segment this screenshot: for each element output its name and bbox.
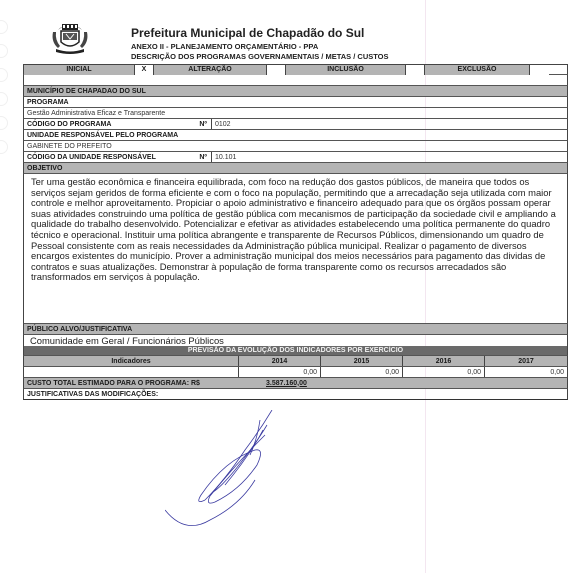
operation-type-row: INICIAL X ALTERAÇÃO INCLUSÃO EXCLUSÃO [23, 64, 568, 75]
indicators-column-header-row: Indicadores 2014 2015 2016 2017 [23, 356, 568, 367]
justificativas-label: JUSTIFICATIVAS DAS MODIFICAÇÕES: [24, 391, 158, 398]
program-form: INICIAL X ALTERAÇÃO INCLUSÃO EXCLUSÃO MU… [23, 64, 568, 400]
col-2015: 2015 [320, 356, 402, 366]
mode-checkbox-exclusao[interactable] [529, 65, 549, 75]
codigo-unidade-value: 10.101 [211, 152, 567, 162]
indicators-section-header: PREVISÃO DA EVOLUÇÃO DOS INDICADORES POR… [23, 346, 568, 356]
value-2015: 0,00 [320, 367, 402, 377]
hole-mark [0, 116, 8, 130]
hole-mark [0, 92, 8, 106]
hole-mark [0, 140, 8, 154]
programa-value: Gestão Administrativa Eficaz e Transpare… [24, 110, 165, 117]
blank-row [23, 75, 568, 86]
objetivo-text: Ter uma gestão econômica e financeira eq… [23, 174, 568, 324]
col-indicadores: Indicadores [24, 356, 238, 366]
mode-label-alteracao: ALTERAÇÃO [154, 65, 266, 75]
municipio-row: MUNICÍPIO DE CHAPADAO DO SUL [23, 86, 568, 97]
unidade-label: UNIDADE RESPONSÁVEL PELO PROGRAMA [24, 132, 178, 139]
custo-total-value: 3.587.160,00 [266, 380, 307, 387]
indicators-value-row: 0,00 0,00 0,00 0,00 [23, 367, 568, 378]
page-title: Prefeitura Municipal de Chapadão do Sul [131, 26, 364, 40]
unidade-value-row: GABINETE DO PREFEITO [23, 141, 568, 152]
mode-label-inclusao: INCLUSÃO [286, 65, 405, 75]
programa-value-row: Gestão Administrativa Eficaz e Transpare… [23, 108, 568, 119]
binder-holes [0, 20, 12, 560]
codigo-unidade-row: CÓDIGO DA UNIDADE RESPONSÁVEL Nº 10.101 [23, 152, 568, 163]
publico-header-row: PÚBLICO ALVO/JUSTIFICATIVA [23, 324, 568, 335]
publico-value: Comunidade em Geral / Funcionários Públi… [24, 336, 224, 346]
col-2016: 2016 [402, 356, 484, 366]
col-2014: 2014 [238, 356, 320, 366]
publico-value-row: Comunidade em Geral / Funcionários Públi… [23, 335, 568, 346]
unidade-value: GABINETE DO PREFEITO [24, 143, 112, 150]
indicators-section-title: PREVISÃO DA EVOLUÇÃO DOS INDICADORES POR… [188, 347, 403, 354]
objetivo-label: OBJETIVO [24, 165, 62, 172]
value-2016: 0,00 [402, 367, 484, 377]
description-subtitle: DESCRIÇÃO DOS PROGRAMAS GOVERNAMENTAIS /… [131, 52, 389, 61]
publico-label: PÚBLICO ALVO/JUSTIFICATIVA [24, 326, 132, 333]
justificativas-row: JUSTIFICATIVAS DAS MODIFICAÇÕES: [23, 389, 568, 400]
municipio-label: MUNICÍPIO DE CHAPADAO DO SUL [24, 88, 146, 95]
programa-label-row: PROGRAMA [23, 97, 568, 108]
indicador-name [24, 367, 238, 377]
col-2017: 2017 [484, 356, 567, 366]
custo-total-row: CUSTO TOTAL ESTIMADO PARA O PROGRAMA: R$… [23, 378, 568, 389]
annex-subtitle: ANEXO II - PLANEJAMENTO ORÇAMENTÁRIO - P… [131, 42, 318, 51]
objetivo-header-row: OBJETIVO [23, 163, 568, 174]
document-header: Prefeitura Municipal de Chapadão do Sul … [0, 0, 580, 64]
unidade-label-row: UNIDADE RESPONSÁVEL PELO PROGRAMA [23, 130, 568, 141]
mode-checkbox-inicial[interactable]: X [134, 65, 154, 75]
codigo-programa-row: CÓDIGO DO PROGRAMA Nº 0102 [23, 119, 568, 130]
codigo-programa-value: 0102 [211, 119, 567, 129]
programa-label: PROGRAMA [24, 99, 69, 106]
mode-checkbox-alteracao[interactable] [266, 65, 286, 75]
codigo-programa-label: CÓDIGO DO PROGRAMA [24, 121, 179, 128]
codigo-unidade-label: CÓDIGO DA UNIDADE RESPONSÁVEL [24, 154, 179, 161]
municipal-coat-of-arms-icon [50, 20, 90, 56]
handwritten-signature-icon [165, 410, 295, 530]
codigo-programa-no-label: Nº [179, 121, 211, 128]
mode-label-inicial: INICIAL [24, 65, 134, 75]
mode-label-exclusao: EXCLUSÃO [425, 65, 529, 75]
value-2014: 0,00 [238, 367, 320, 377]
mode-checkbox-inclusao[interactable] [405, 65, 425, 75]
value-2017: 0,00 [484, 367, 567, 377]
codigo-unidade-no-label: Nº [179, 154, 211, 161]
hole-mark [0, 68, 8, 82]
custo-total-label: CUSTO TOTAL ESTIMADO PARA O PROGRAMA: R$ [24, 380, 266, 387]
